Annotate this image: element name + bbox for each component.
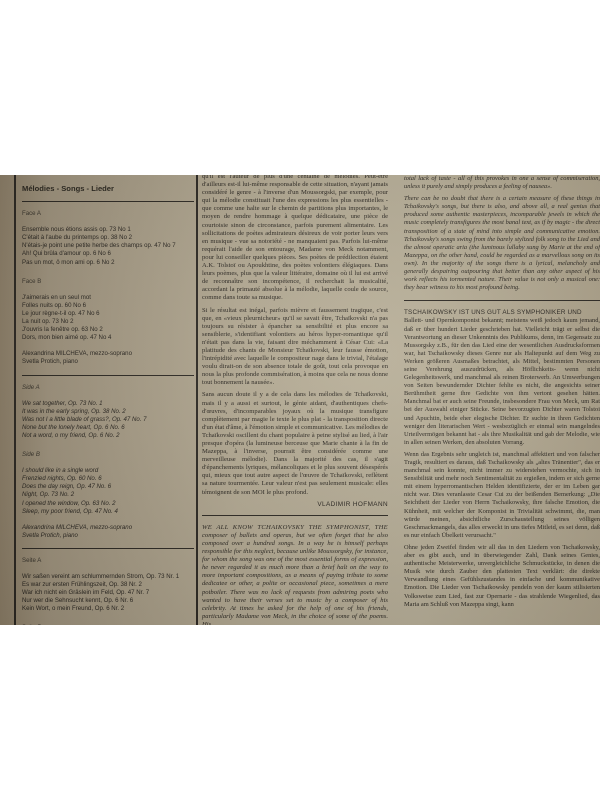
german-notes: Ballett- und Opernkomponist bekannt; mei… [404,317,600,608]
english-notes-start: WE ALL KNOW TCHAIKOVSKY THE SYMPHONIST, … [202,524,388,625]
track-section: Side AWe sat together, Op. 73 No. 1It wa… [22,384,194,441]
performer-credit: Svetla Protich, piano [22,532,194,540]
french-notes-column: qu'il est l'auteur de plus d'une centain… [202,175,388,625]
divider [202,515,388,516]
track-item: Was not I a little blade of grass?, Op. … [22,416,194,424]
section-label: Side B [22,451,194,459]
track-item: Pas un mot, ô mon ami op. 6 No 2 [22,259,194,267]
track-item: I should like in a single word [22,467,194,475]
track-item: Le jour règne-t-il op. 47 No 6 [22,310,194,318]
performer-credit: Svetla Protich, piano [22,358,194,366]
french-paragraph: Si le résultat est inégal, parfois mièvr… [202,307,388,388]
english-notes-continued: total lack of taste - all of this provok… [404,175,600,292]
section-label: Seite B [22,624,194,625]
german-paragraph: Ballett- und Opernkomponist bekannt; mei… [404,317,600,447]
divider [22,375,194,376]
column-divider-left [14,175,16,625]
track-item: War ich nicht ein Gräslein im Feld, Op. … [22,589,194,597]
track-item: Es war zur ersten Frühlingszeit, Op. 38 … [22,581,194,589]
track-item: Does the day reign, Op. 47 No. 6 [22,483,194,491]
track-section: Seite BIch wünschte nur ein einzig WortT… [22,624,194,625]
divider [22,548,194,549]
french-paragraph: qu'il est l'auteur de plus d'une centain… [202,175,388,303]
track-item: Dors, mon bien aimé op. 47 No 4 [22,334,194,342]
section-label: Seite A [22,557,194,565]
track-item: Nur wer die Sehnsucht kennt, Op. 6 Nr. 6 [22,597,194,605]
performer-credit: Alexandrina MILCHEVA, mezzo-soprano [22,524,194,532]
german-paragraph: Ohne jeden Zweifel finden wir all das in… [404,544,600,609]
english-paragraph: There can be no doubt that there is a ce… [404,195,600,292]
track-item: Not a word, o my friend, Op. 6 No. 2 [22,432,194,440]
track-section: Side BI should like in a single wordFren… [22,451,194,540]
track-item: Folles nuits op. 60 No 6 [22,302,194,310]
column-divider-middle [196,175,198,625]
divider [404,300,600,301]
track-item: J'ouvris la fenêtre op. 63 No 2 [22,326,194,334]
track-section: Face AEnsemble nous étions assis op. 73 … [22,210,194,267]
track-item: None but the lonely heart, Op. 6 No. 6 [22,424,194,432]
section-label: Side A [22,384,194,392]
track-item: Wir saßen vereint am schlummernden Strom… [22,573,194,581]
german-lead-caps: TSCHAIKOWSKY IST UNS GUT ALS SYMPHONIKER… [404,309,600,317]
track-item: Ensemble nous étions assis op. 73 No 1 [22,226,194,234]
divider [22,201,194,202]
german-paragraph: Wenn das Ergebnis sehr ungleich ist, man… [404,451,600,540]
track-sections: Face AEnsemble nous étions assis op. 73 … [22,210,194,625]
section-label: Face B [22,278,194,286]
track-item: Night, Op. 73 No. 2 [22,491,194,499]
track-section: Seite AWir saßen vereint am schlummernde… [22,557,194,614]
french-paragraph: Sans aucun doute il y a de cela dans les… [202,391,388,496]
track-item: Ah! Qui brûla d'amour op. 6 No 6 [22,250,194,258]
track-item: N'étais-je point une petite herbe des ch… [22,242,194,250]
author-signature: VLADIMIR HOFMANN [202,501,388,509]
record-sleeve-photo: Mélodies - Songs - Lieder Face AEnsemble… [0,175,600,625]
spacer [22,267,194,275]
track-item: La nuit op. 73 No 2 [22,318,194,326]
track-item: It was in the early spring, Op. 38 No. 2 [22,408,194,416]
english-paragraph: total lack of taste - all of this provok… [404,175,600,191]
track-item: Sleep, my poor friend, Op. 47 No. 4 [22,508,194,516]
section-label: Face A [22,210,194,218]
performer-credit: Alexandrina MILCHEVA, mezzo-soprano [22,350,194,358]
track-listing-column: Mélodies - Songs - Lieder Face AEnsemble… [22,175,194,625]
spacer [22,613,194,621]
spacer [22,342,194,350]
track-section: Face BJ'aimerais en un seul motFolles nu… [22,278,194,367]
spacer [22,440,194,448]
english-notes-text: composer of ballets and operas, but we o… [202,532,388,625]
english-german-notes-column: total lack of taste - all of this provok… [404,175,600,613]
track-item: Kein Wort, o mein Freund, Op. 6 Nr. 2 [22,605,194,613]
english-lead-caps: WE ALL KNOW TCHAIKOVSKY THE SYMPHONIST, … [202,524,388,531]
track-item: J'aimerais en un seul mot [22,294,194,302]
french-notes: qu'il est l'auteur de plus d'une centain… [202,175,388,497]
spacer [22,516,194,524]
track-item: We sat together, Op. 73 No. 1 [22,400,194,408]
track-item: I opened the window, Op. 63 No. 2 [22,500,194,508]
listing-title: Mélodies - Songs - Lieder [22,185,194,193]
track-item: C'était à l'aube du printemps op. 38 No … [22,234,194,242]
track-item: Frenzied nights, Op. 60 No. 6 [22,475,194,483]
